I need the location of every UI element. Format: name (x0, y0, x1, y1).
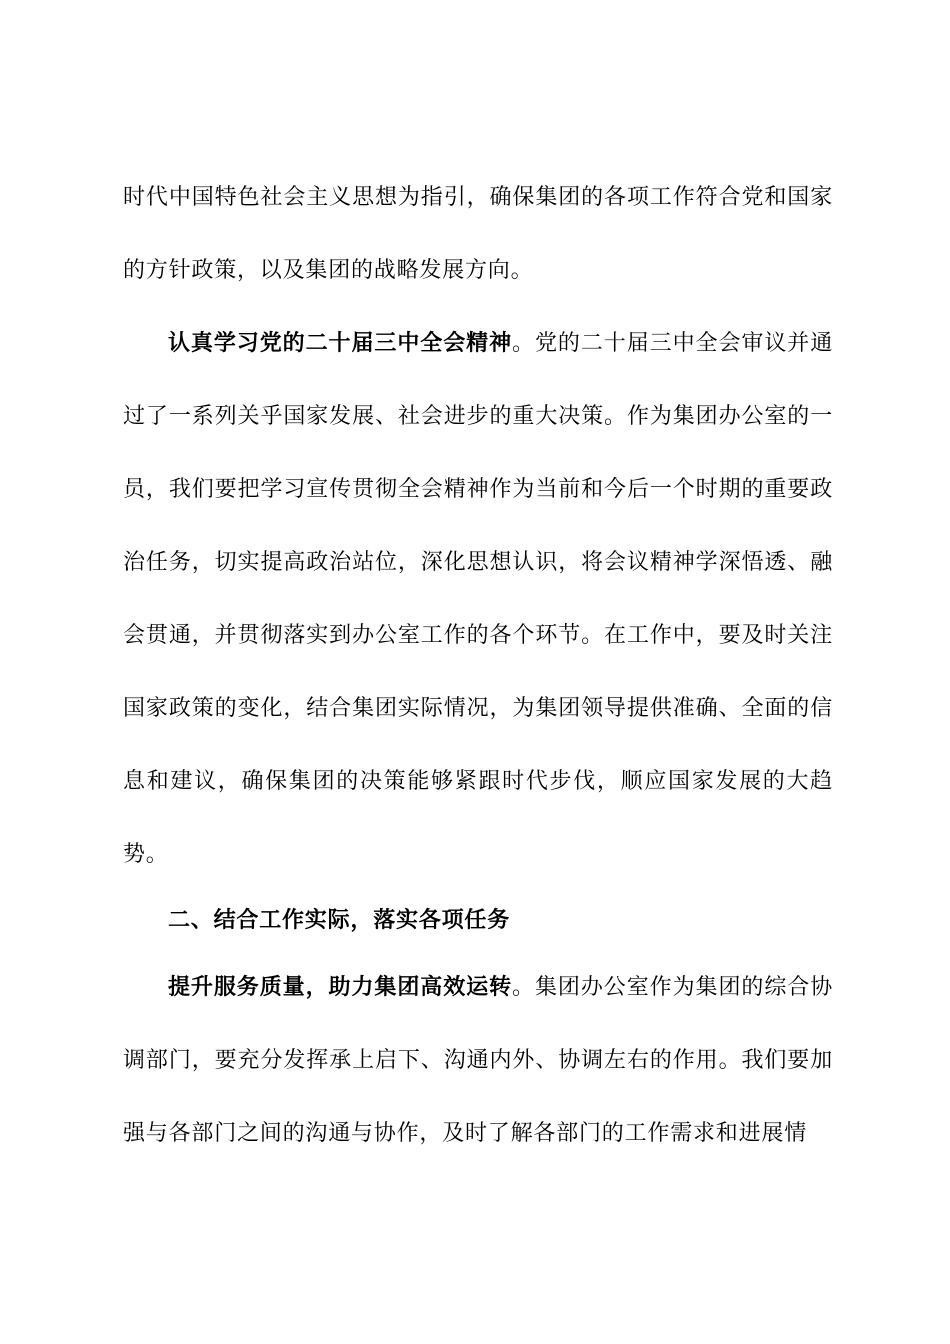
paragraph-continuation: 时代中国特色社会主义思想为指引，确保集团的各项工作符合党和国家的方针政策，以及集… (123, 160, 833, 306)
paragraph-bold-lead: 提升服务质量，助力集团高效运转 (168, 974, 512, 999)
paragraph-study-plenary: 认真学习党的二十届三中全会精神。党的二十届三中全会审议并通过了一系列关乎国家发展… (123, 306, 833, 890)
paragraph-service-quality: 提升服务质量，助力集团高效运转。集团办公室作为集团的综合协调部门，要充分发挥承上… (123, 950, 833, 1169)
paragraph-bold-lead: 认真学习党的二十届三中全会精神 (168, 330, 512, 355)
document-page: 时代中国特色社会主义思想为指引，确保集团的各项工作符合党和国家的方针政策，以及集… (0, 0, 950, 1344)
section-heading: 二、结合工作实际，落实各项任务 (123, 890, 833, 950)
paragraph-body-text: 。党的二十届三中全会审议并通过了一系列关乎国家发展、社会进步的重大决策。作为集团… (123, 330, 833, 866)
paragraph-body-text: 。集团办公室作为集团的综合协调部门，要充分发挥承上启下、沟通内外、协调左右的作用… (123, 974, 833, 1145)
